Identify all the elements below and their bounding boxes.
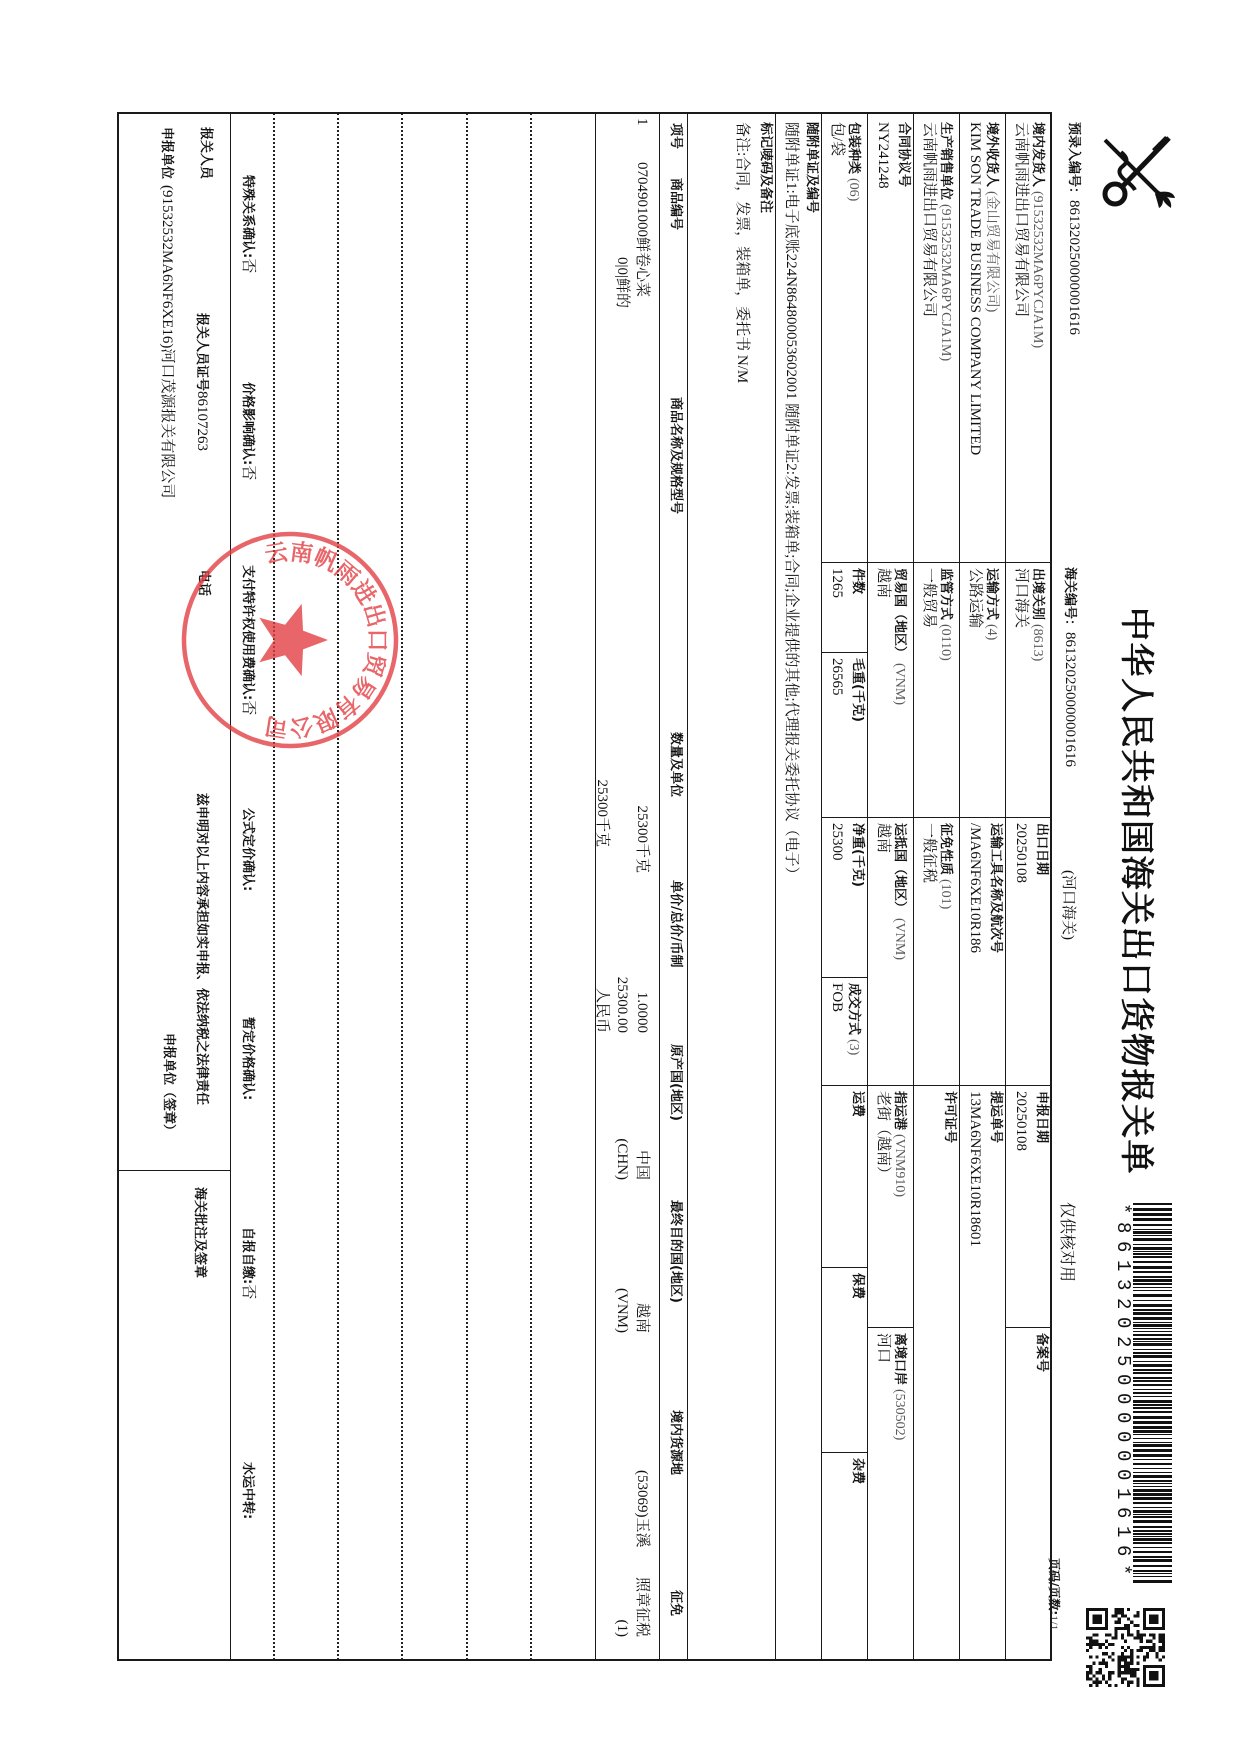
field-gross-weight: 毛重(千克): [849, 658, 865, 722]
goods-item-qty1: 25300千克: [633, 753, 651, 873]
field-misc-fee: 杂费: [849, 1458, 865, 1484]
goods-item-spec: 0|0|鲜的: [613, 257, 631, 308]
confirm-label: 水运中转:: [240, 1462, 255, 1519]
field-pieces-value: 1265: [828, 568, 846, 598]
table-col-line: [822, 1085, 1052, 1086]
confirm-special-relationship: 特殊关系确认:否: [239, 175, 259, 273]
table-col-line: [1006, 1327, 1052, 1328]
confirm-value: 否: [240, 465, 256, 480]
table-row-line: [821, 113, 822, 1660]
goods-header-item-no: 项号: [667, 123, 683, 149]
table-row-line: [659, 113, 660, 1660]
field-exit-customs: 出境关别(8613): [1029, 568, 1049, 661]
pre-entry-number: 预录入编号：861320250000001616: [1065, 122, 1085, 335]
pre-entry-label: 预录入编号：: [1066, 122, 1081, 200]
field-trade-country: 贸易国（地区）(VNM): [891, 568, 911, 705]
field-code: (101): [938, 879, 953, 909]
confirm-label: 特殊关系确认:: [240, 175, 255, 258]
goods-item-code: 0704901000: [634, 162, 650, 237]
table-row-line: [687, 113, 688, 1660]
field-label: 出境关别: [1030, 568, 1045, 620]
field-consignee: 境外收货人(金山贸易有限公司): [983, 122, 1003, 312]
table-border-top: [1050, 113, 1052, 1660]
goods-header-code: 商品编号: [667, 178, 683, 230]
goods-header-origin: 原产国(地区): [667, 1044, 683, 1121]
confirm-label: 价格影响确认:: [240, 382, 255, 465]
field-license-no: 许可证号: [941, 1091, 957, 1143]
field-label: 包装种类: [846, 122, 861, 174]
field-dest-port: 指运港(VNM910): [891, 1091, 911, 1197]
declarant-cert-no: 86107263: [194, 391, 210, 451]
field-producer: 生产销售单位(91532532MA6PYCJA1M): [937, 122, 957, 361]
field-label: 运输方式: [984, 568, 999, 620]
confirm-label: 暂定价格确认:: [240, 1017, 255, 1100]
goods-item-currency: 人民币: [593, 913, 611, 1033]
declarant-cert-label: 报关人员证号: [194, 313, 209, 391]
field-transaction-mode: 成交方式(3): [845, 983, 865, 1055]
field-declare-date-value: 20250108: [1012, 1091, 1030, 1151]
field-marks-value: 备注:合同，发票，装箱单，委托书 N/M: [733, 122, 751, 383]
field-trade-country-value: 越南: [874, 568, 892, 598]
field-producer-value: 云南帆雨进出口贸易有限公司: [920, 122, 938, 317]
field-label: 生产销售单位: [938, 122, 953, 200]
declarant-cert: 报关人员证号86107263: [193, 313, 213, 451]
field-label: 贸易国（地区）: [892, 568, 907, 659]
table-col-line: [868, 1327, 914, 1328]
goods-header-levy: 征免: [667, 1590, 683, 1616]
qr-code: [1086, 1608, 1165, 1687]
confirm-royalty: 支付特许权使用费确认:否: [239, 565, 259, 715]
table-col-line: [822, 562, 1052, 563]
field-transport-mode: 运输方式(4): [983, 568, 1003, 640]
field-exit-port: 离境口岸(530502): [891, 1333, 911, 1440]
field-supervision: 监管方式(0110): [937, 568, 957, 661]
field-package-type: 包装种类(06): [845, 122, 865, 201]
field-transaction-mode-value: FOB: [828, 983, 846, 1012]
field-insurance: 保费: [849, 1273, 865, 1299]
field-code: (91532532MA6PYCJA1M): [938, 204, 953, 361]
table-row-line: [867, 113, 868, 1660]
goods-item-origin-code: (CHN): [613, 1060, 631, 1180]
field-gross-weight-value: 26565: [828, 658, 846, 696]
goods-item-total-price: 25300.00: [613, 913, 631, 1033]
declaration-statement: 兹申明对以上内容承担如实申报、依法纳税之法律责任: [193, 793, 209, 1105]
goods-item-unit-price: 1.0000: [633, 913, 651, 1033]
page-title: 中华人民共和国海关出口货物报关单: [1116, 607, 1156, 1175]
field-attached-docs-value: 随附单证1:电子底账224N864800053602001 随附单证2:发票;装…: [782, 122, 800, 882]
field-vehicle-value: /MA6NF6XE10R186: [966, 823, 984, 953]
confirm-label: 自报自缴:: [240, 1227, 255, 1284]
field-code: (3): [846, 1039, 861, 1055]
field-attached-docs: 随附单证及编号: [803, 122, 819, 213]
field-consignor-value: 云南帆雨进出口贸易有限公司: [1012, 122, 1030, 317]
field-bill-no: 提运单号: [987, 1091, 1003, 1143]
star-icon: [259, 604, 328, 676]
confirm-self-declare-pay: 自报自缴:否: [239, 1227, 259, 1299]
table-border-left: [117, 112, 1052, 114]
field-code: (0110): [938, 624, 953, 661]
goods-item-code-name: 0704901000鲜卷心菜: [633, 162, 651, 297]
declarant-unit: 申报单位(91532532MA6NF6XE16)河口茂源报关有限公司: [158, 127, 178, 498]
field-levy-nature: 征免性质(101): [937, 823, 957, 909]
field-supervision-value: 一般贸易: [920, 568, 938, 628]
field-exit-port-value: 河口: [874, 1333, 892, 1363]
goods-header-price: 单价/总价/币制: [667, 880, 683, 968]
field-export-date-value: 20250108: [1012, 823, 1030, 883]
customs-office: (河口海关): [1059, 870, 1077, 940]
field-code: (530502): [892, 1389, 907, 1440]
goods-row-line: [337, 113, 339, 1660]
field-label: 离境口岸: [892, 1333, 907, 1385]
field-declare-date: 申报日期: [1033, 1091, 1049, 1143]
customs-number-label: 海关编号：: [1062, 567, 1077, 632]
field-consignor: 境内发货人(91532532MA6PYCJA1M): [1029, 122, 1049, 348]
table-row-line: [230, 113, 231, 1660]
goods-item-levy: 照章征税: [633, 1517, 651, 1637]
table-col-line: [822, 817, 1052, 818]
field-code: (VNM): [892, 663, 907, 705]
table-row-line: [913, 113, 914, 1660]
goods-item-no: 1: [633, 118, 651, 126]
goods-item-destination-code: (VNM): [613, 1213, 631, 1333]
field-pieces: 件数: [849, 568, 865, 594]
field-export-date: 出口日期: [1033, 823, 1049, 875]
field-marks: 标记唛码及备注: [757, 122, 773, 213]
confirm-value: 否: [240, 1284, 256, 1299]
declarant-unit-label: 申报单位: [159, 127, 174, 179]
customs-number-value: 861320250000001616: [1062, 632, 1078, 767]
goods-item-origin: 中国: [633, 1060, 651, 1180]
table-border-bottom: [117, 113, 119, 1661]
confirm-price-influence: 价格影响确认:否: [239, 382, 259, 480]
field-contract-no: 合同协议号: [895, 122, 911, 187]
field-code: (金山贸易有限公司): [984, 191, 999, 312]
declarant-phone-label: 电话: [195, 570, 211, 596]
goods-row-line: [273, 113, 275, 1660]
goods-row-line: [401, 113, 403, 1660]
goods-header-quantity: 数量及单位: [667, 732, 683, 797]
field-label: 运抵国（地区）: [892, 823, 907, 914]
svg-text:云南帆雨进出口贸易有限公司: 云南帆雨进出口贸易有限公司: [263, 538, 390, 740]
field-label: 征免性质: [938, 823, 953, 875]
field-vehicle: 运输工具名称及航次号: [987, 823, 1003, 953]
goods-row-line: [530, 113, 532, 1660]
customs-emblem-icon: [1097, 130, 1177, 210]
field-net-weight: 净重(千克): [849, 823, 865, 887]
goods-item-name: 鲜卷心菜: [634, 237, 650, 297]
table-row-line: [595, 113, 596, 1660]
goods-item-destination: 越南: [633, 1213, 651, 1333]
pre-entry-value: 861320250000001616: [1066, 200, 1082, 335]
field-label: 监管方式: [938, 568, 953, 620]
customs-declaration-form: 预录入编号：861320250000001616 中华人民共和国海关出口货物报关…: [0, 0, 1240, 1754]
field-arrival-country: 运抵国（地区）(VNM): [891, 823, 911, 960]
declarant-seal-label: 申报单位（签章）: [160, 1033, 176, 1137]
confirm-water-transit: 水运中转:: [239, 1462, 259, 1519]
confirm-value: 否: [240, 700, 256, 715]
field-contract-no-value: NY241248: [874, 122, 892, 189]
barcode: [1133, 1203, 1172, 1583]
field-exit-customs-value: 河口海关: [1012, 568, 1030, 628]
field-transport-mode-value: 公路运输: [966, 568, 984, 628]
table-col-line: [822, 1452, 868, 1453]
seal-text: 云南帆雨进出口贸易有限公司: [263, 538, 390, 740]
field-label: 境外收货人: [984, 122, 999, 187]
confirm-provisional-price: 暂定价格确认:: [239, 1017, 259, 1100]
field-levy-nature-value: 一般征税: [920, 823, 938, 883]
field-freight: 运费: [849, 1091, 865, 1117]
table-border-right: [117, 1659, 1052, 1661]
confirm-label: 支付特许权使用费确认:: [240, 565, 255, 700]
table-col-line: [822, 977, 868, 978]
table-row-line: [959, 113, 960, 1660]
goods-row-line: [466, 113, 468, 1660]
table-col-line: [822, 652, 868, 653]
confirm-label: 公式定价确认:: [240, 808, 255, 891]
table-row-line: [775, 113, 776, 1660]
for-check-only-note: 仅供核对用: [1057, 1202, 1075, 1282]
field-package-type-value: 包/袋: [828, 122, 846, 156]
confirm-formula-pricing: 公式定价确认:: [239, 808, 259, 891]
field-net-weight-value: 25300: [828, 823, 846, 861]
field-code: (8613): [1030, 624, 1045, 661]
field-code: (4): [984, 624, 999, 640]
page-indicator: 页码/页数:1/1: [1045, 1558, 1065, 1631]
customs-number: 海关编号：861320250000001616: [1061, 567, 1081, 767]
declarant-person-label: 报关人员: [197, 127, 213, 179]
customs-remark-label: 海关批注及签章: [191, 1187, 207, 1278]
goods-item-qty2: 25300千克: [593, 727, 611, 847]
field-label: 成交方式: [846, 983, 861, 1035]
table-col-line: [118, 1170, 231, 1171]
field-code: (VNM910): [892, 1134, 907, 1197]
field-label: 境内发货人: [1030, 122, 1045, 187]
field-code: (VNM): [892, 918, 907, 960]
goods-header-source: 境内货源地: [667, 1410, 683, 1475]
goods-header-destination: 最终目的国(地区): [667, 1200, 683, 1303]
field-label: 指运港: [892, 1091, 907, 1130]
field-arrival-country-value: 越南: [874, 823, 892, 853]
confirm-value: 否: [240, 258, 256, 273]
field-record-no: 备案号: [1033, 1333, 1049, 1372]
barcode-text: *861320250000001616*: [1112, 1203, 1134, 1583]
goods-item-levy-code: (1): [613, 1517, 631, 1637]
table-row-line: [1005, 113, 1006, 1660]
field-code: (06): [846, 178, 861, 201]
field-dest-port-value: 老街（越南）: [874, 1091, 892, 1181]
field-code: (91532532MA6PYCJA1M): [1030, 191, 1045, 348]
field-consignee-value: KIM SON TRADE BUSINESS COMPANY LIMITED: [966, 122, 984, 455]
declarant-unit-value: (91532532MA6NF6XE16)河口茂源报关有限公司: [159, 185, 175, 498]
table-col-line: [822, 1267, 868, 1268]
company-seal-stamp: 云南帆雨进出口贸易有限公司: [175, 525, 405, 755]
goods-header-name: 商品名称及规格型号: [667, 397, 683, 514]
field-bill-no-value: 13MA6NF6XE10R18601: [966, 1091, 984, 1247]
